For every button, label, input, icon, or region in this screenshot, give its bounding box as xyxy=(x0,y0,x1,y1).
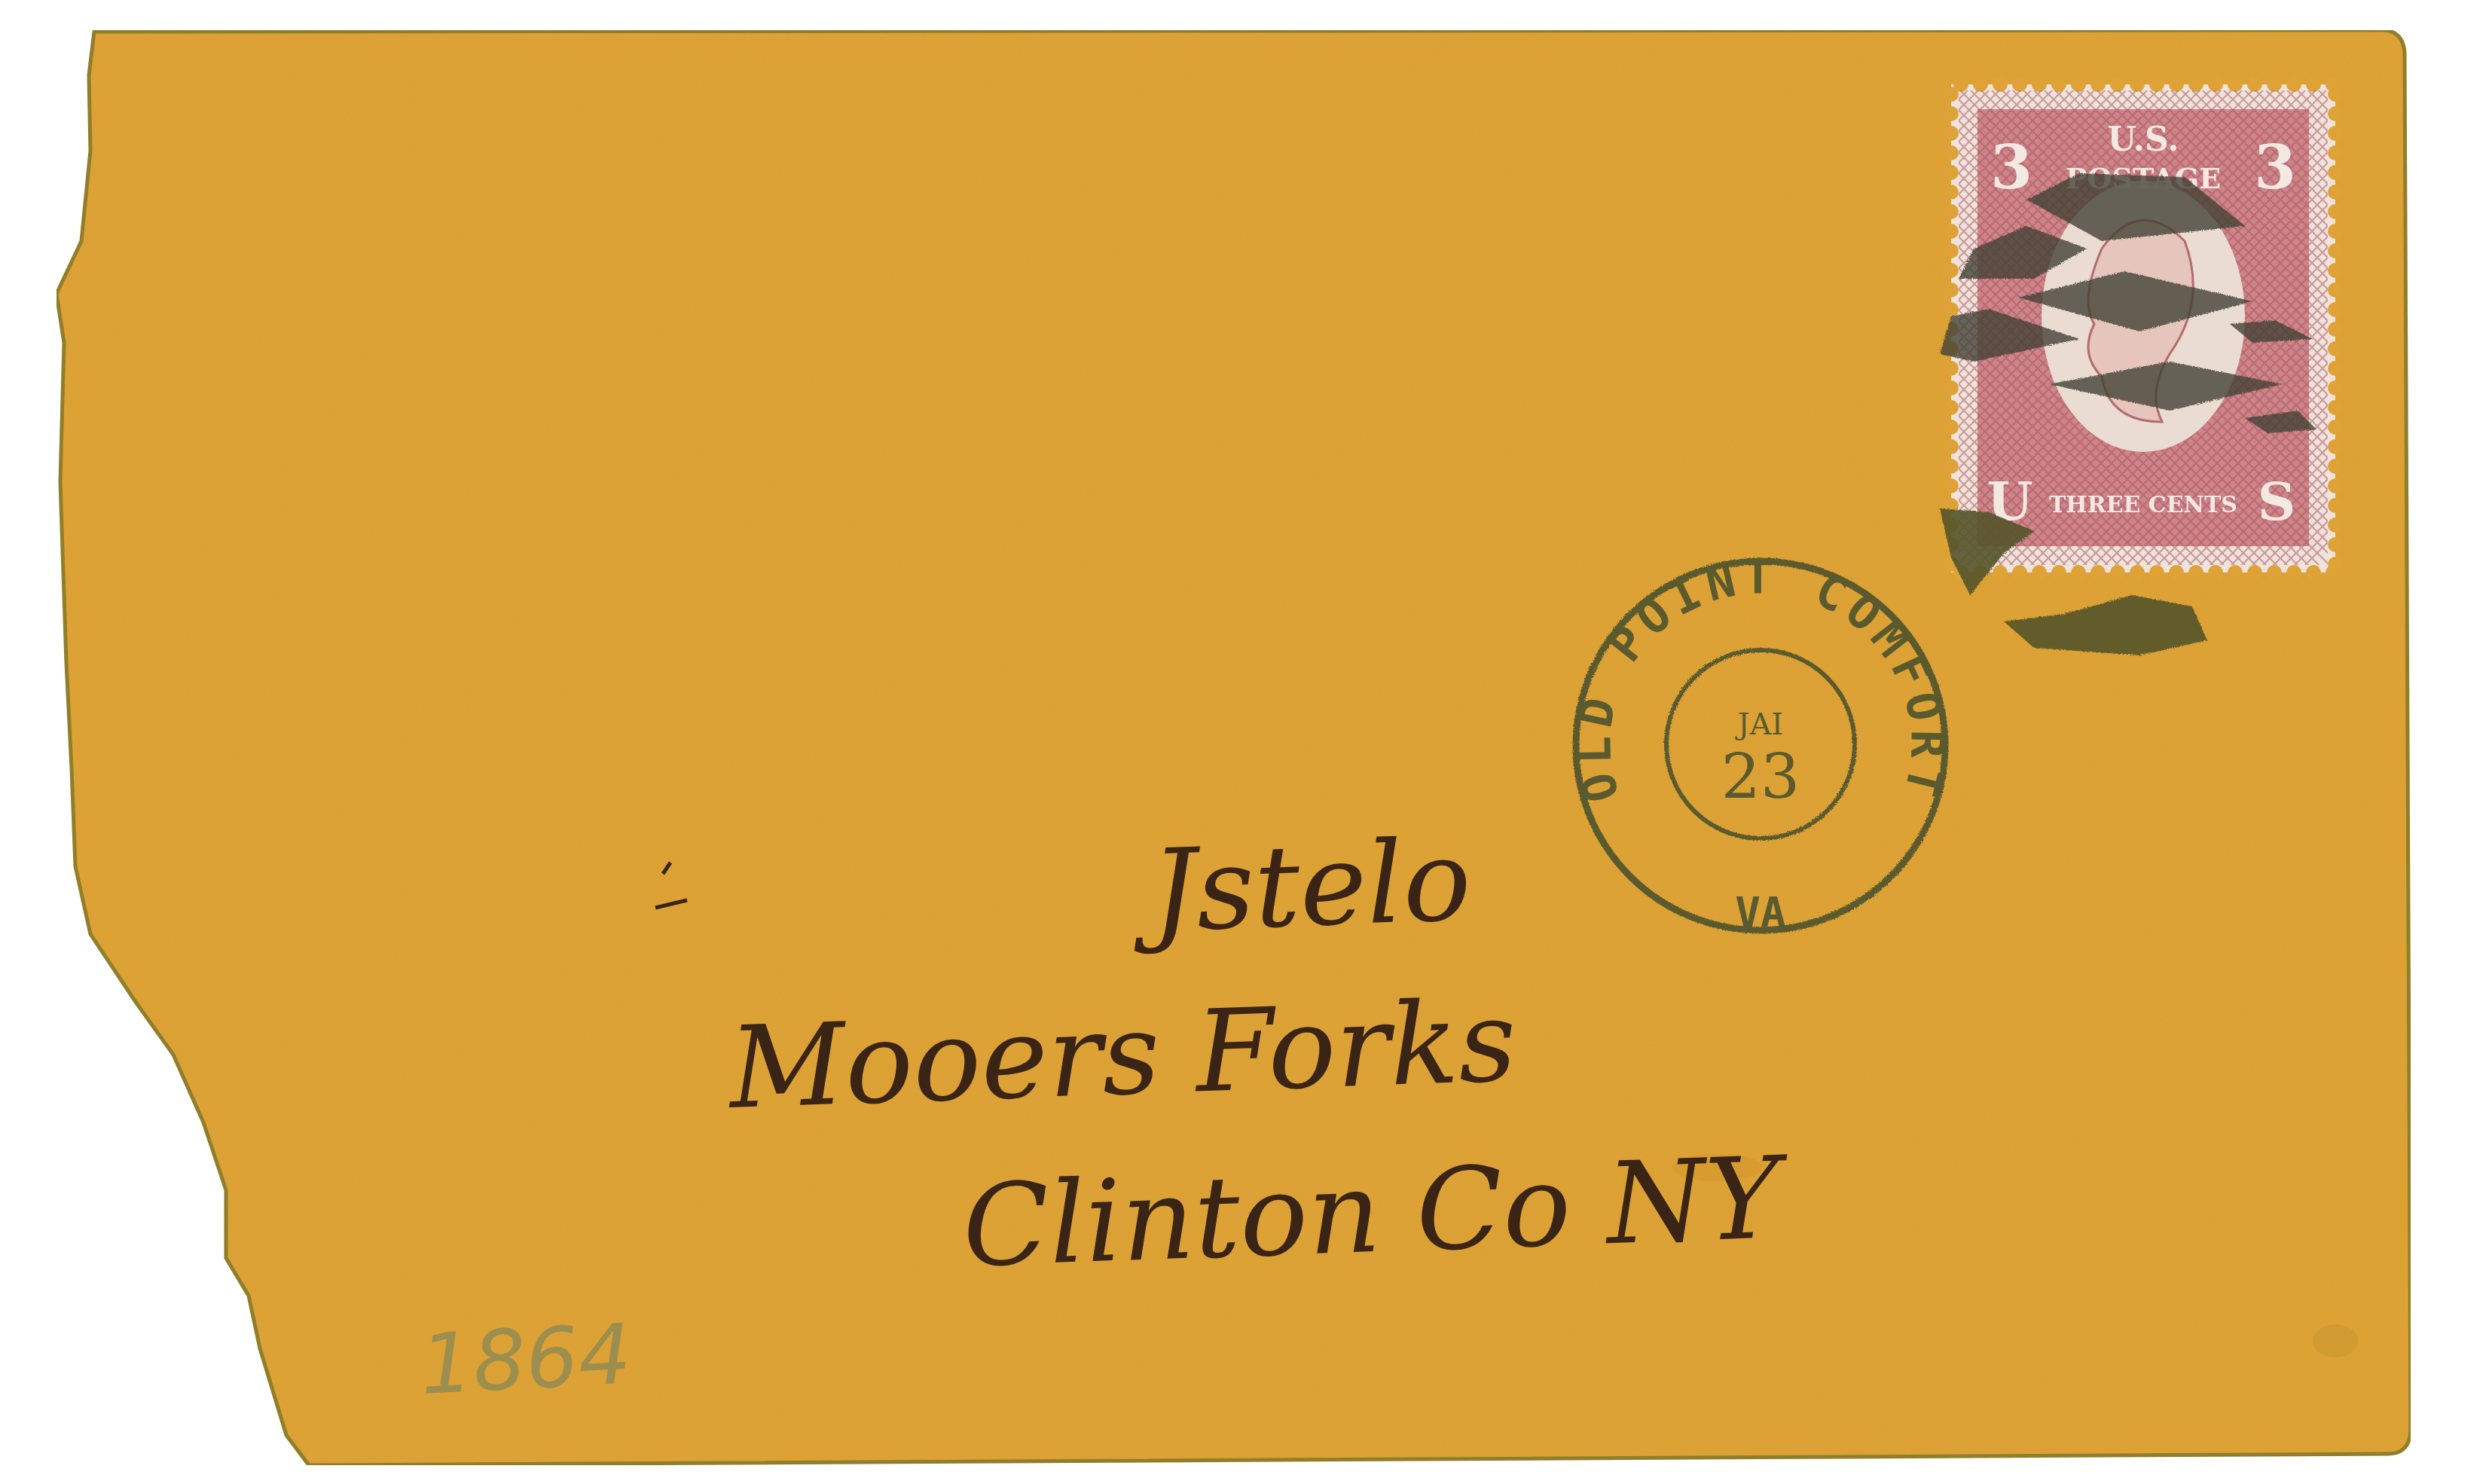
address-line-1: Jstelo xyxy=(1129,815,1473,958)
postmark-month: JAI xyxy=(1735,707,1784,742)
postmark-day: 23 xyxy=(1721,742,1800,814)
postmark-state: VA xyxy=(1735,888,1785,937)
stamp-bottom-label: THREE CENTS xyxy=(2049,492,2237,518)
address-line-2: Mooers Forks xyxy=(725,976,1519,1134)
postal-cover-scene: U.S. POSTAGE 3 3 U S THREE CENTS OLD POI… xyxy=(0,0,2489,1484)
stain xyxy=(2313,1324,2358,1357)
stamp-denomination-right: 3 xyxy=(2254,132,2296,203)
stamp-country-label: U.S. xyxy=(2107,121,2179,159)
pencil-date: 1864 xyxy=(418,1305,634,1412)
stamp-corner-letter-right: S xyxy=(2258,470,2296,533)
stamp-denomination-left: 3 xyxy=(1990,132,2032,203)
